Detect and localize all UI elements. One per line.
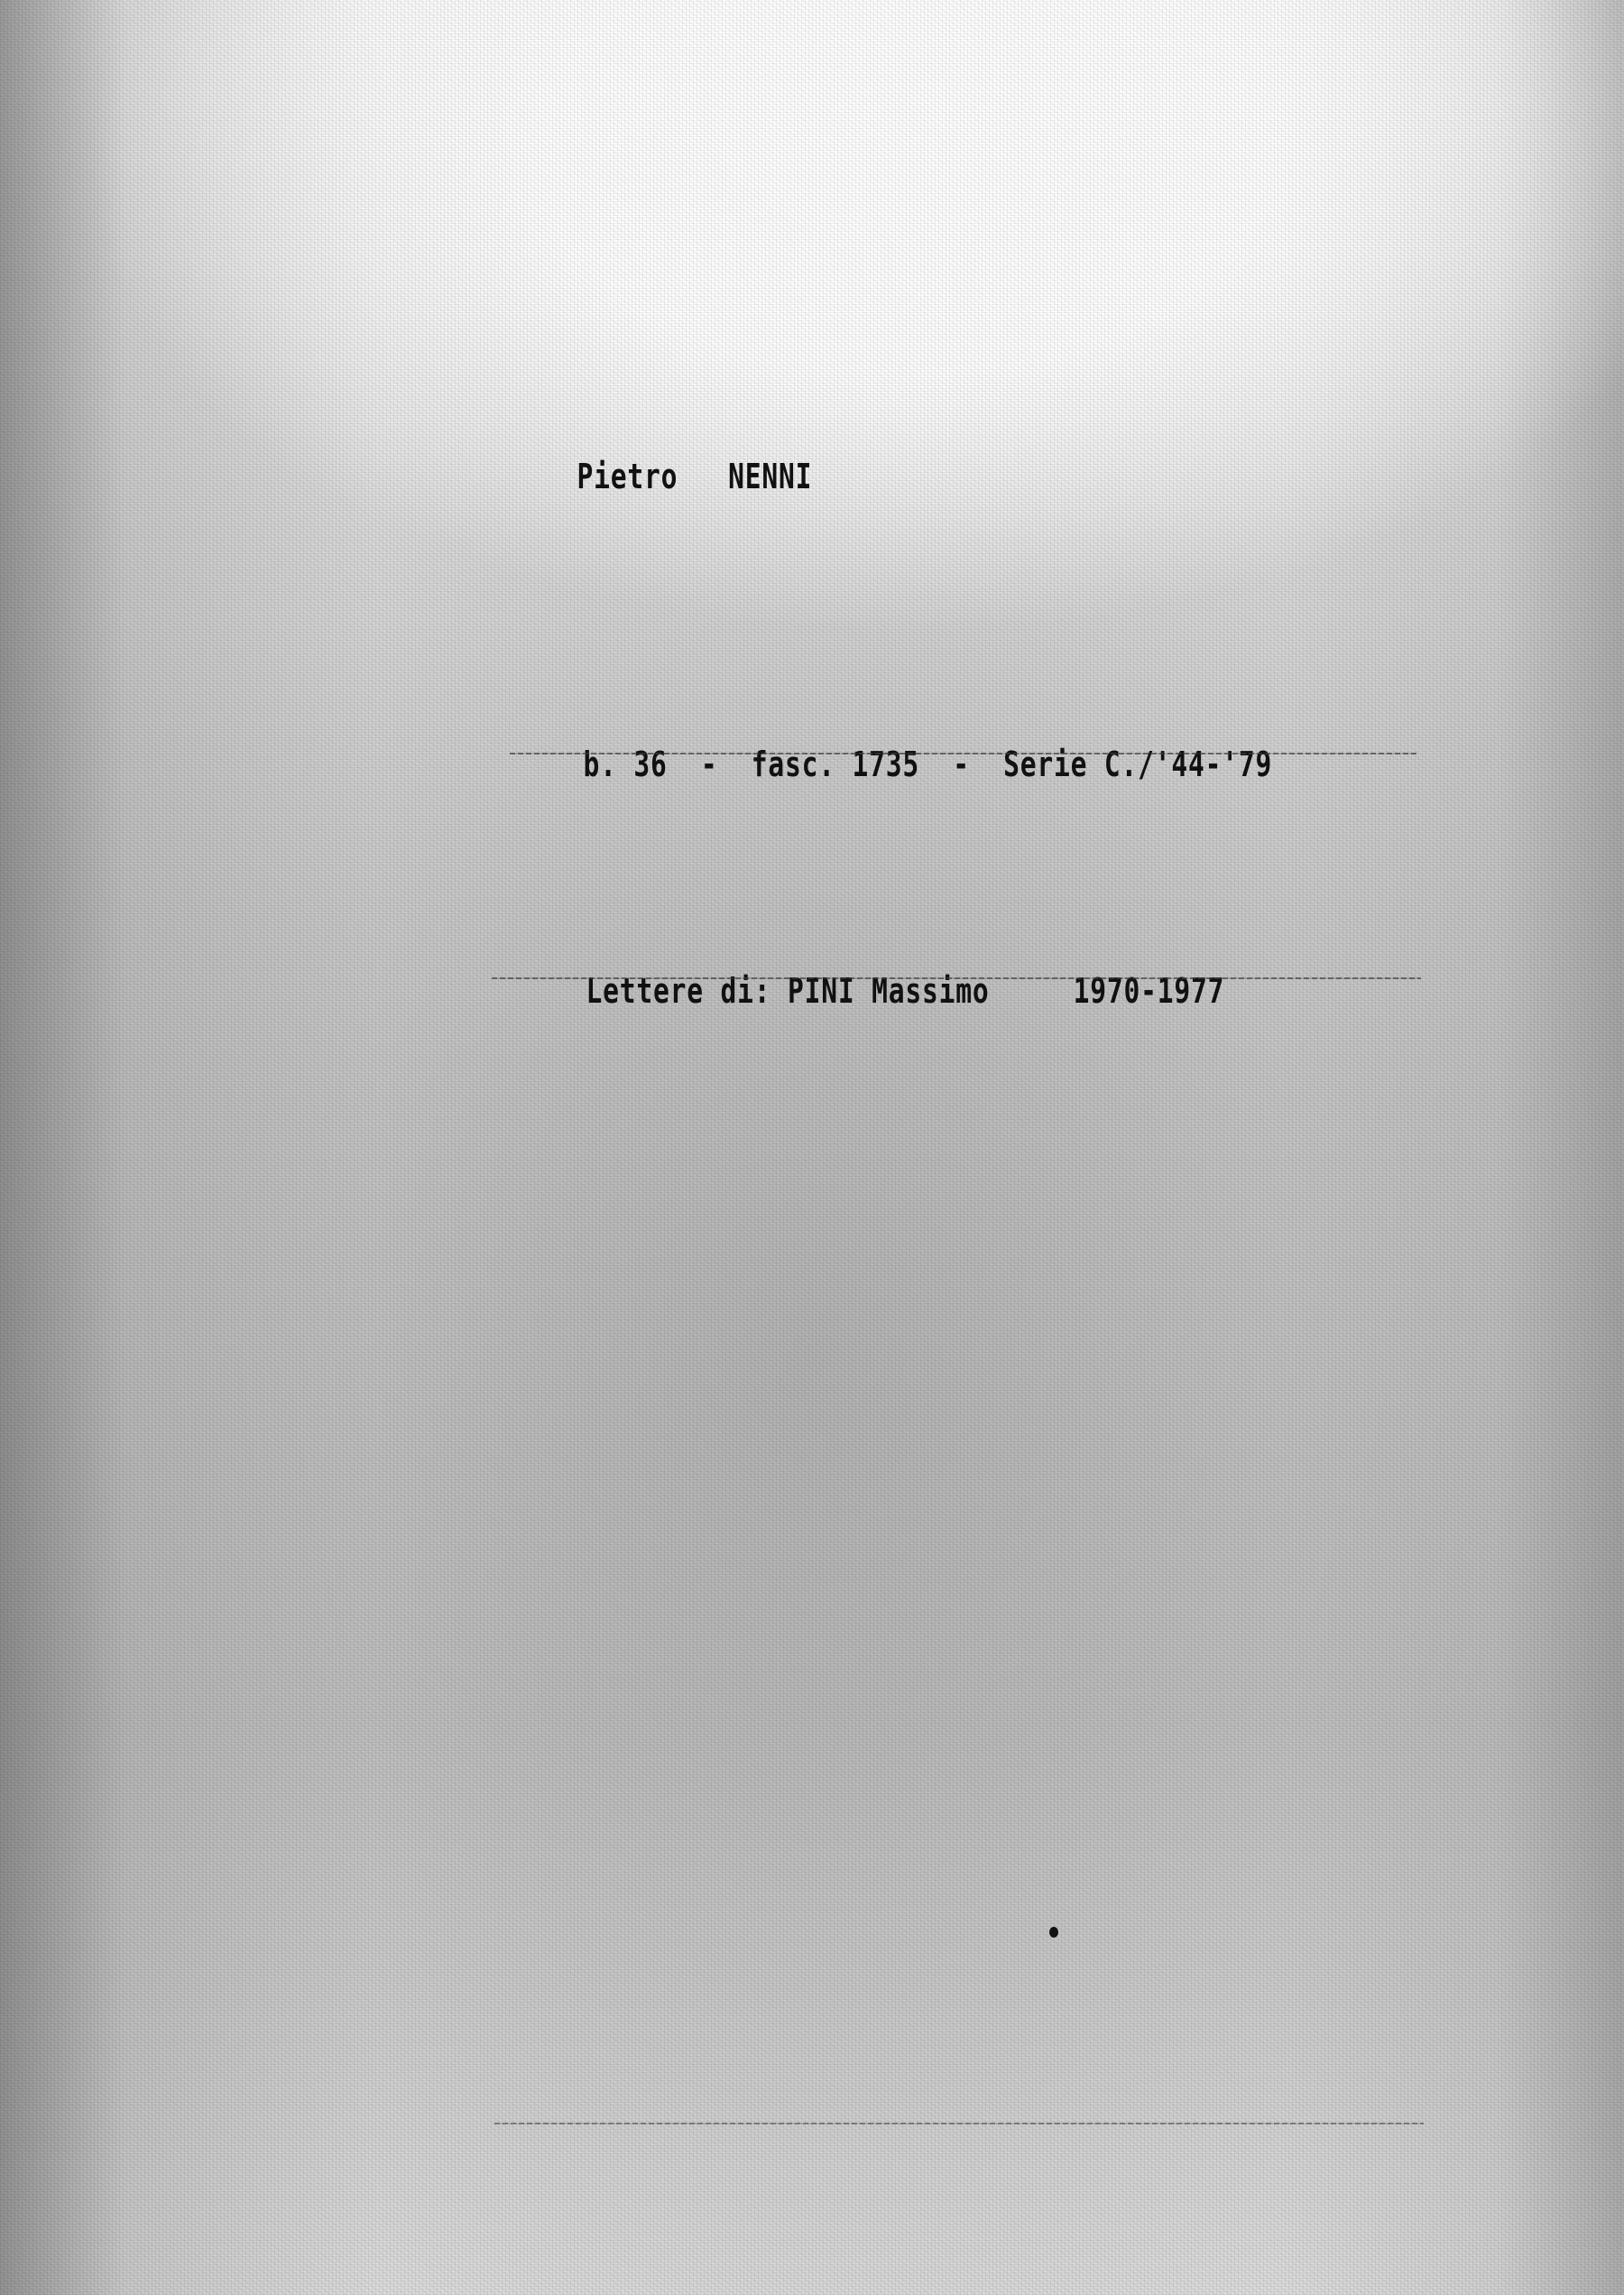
separator: - <box>701 745 718 784</box>
archive-reference-line: b. 36 - fasc. 1735 - Serie C./'44-'79 <box>516 705 1272 824</box>
author-line: Pietro NENNI <box>510 417 812 536</box>
ink-speck <box>1049 1927 1058 1938</box>
underline-rule <box>492 977 1421 979</box>
author-first-name: Pietro <box>577 457 678 496</box>
separator: - <box>953 745 970 784</box>
scan-noise-texture <box>0 0 1624 2295</box>
bottom-rule <box>494 2123 1424 2124</box>
underline-rule <box>510 753 1416 754</box>
scanned-document-page: Pietro NENNI b. 36 - fasc. 1735 - Serie … <box>0 0 1624 2295</box>
fascicolo-number: fasc. 1735 <box>752 745 919 784</box>
busta-number: b. 36 <box>584 745 668 784</box>
author-last-name: NENNI <box>728 457 812 496</box>
correspondence-line: Lettere di: PINI Massimo 1970-1977 <box>519 931 1224 1050</box>
serie-reference: Serie C./'44-'79 <box>1003 745 1272 784</box>
